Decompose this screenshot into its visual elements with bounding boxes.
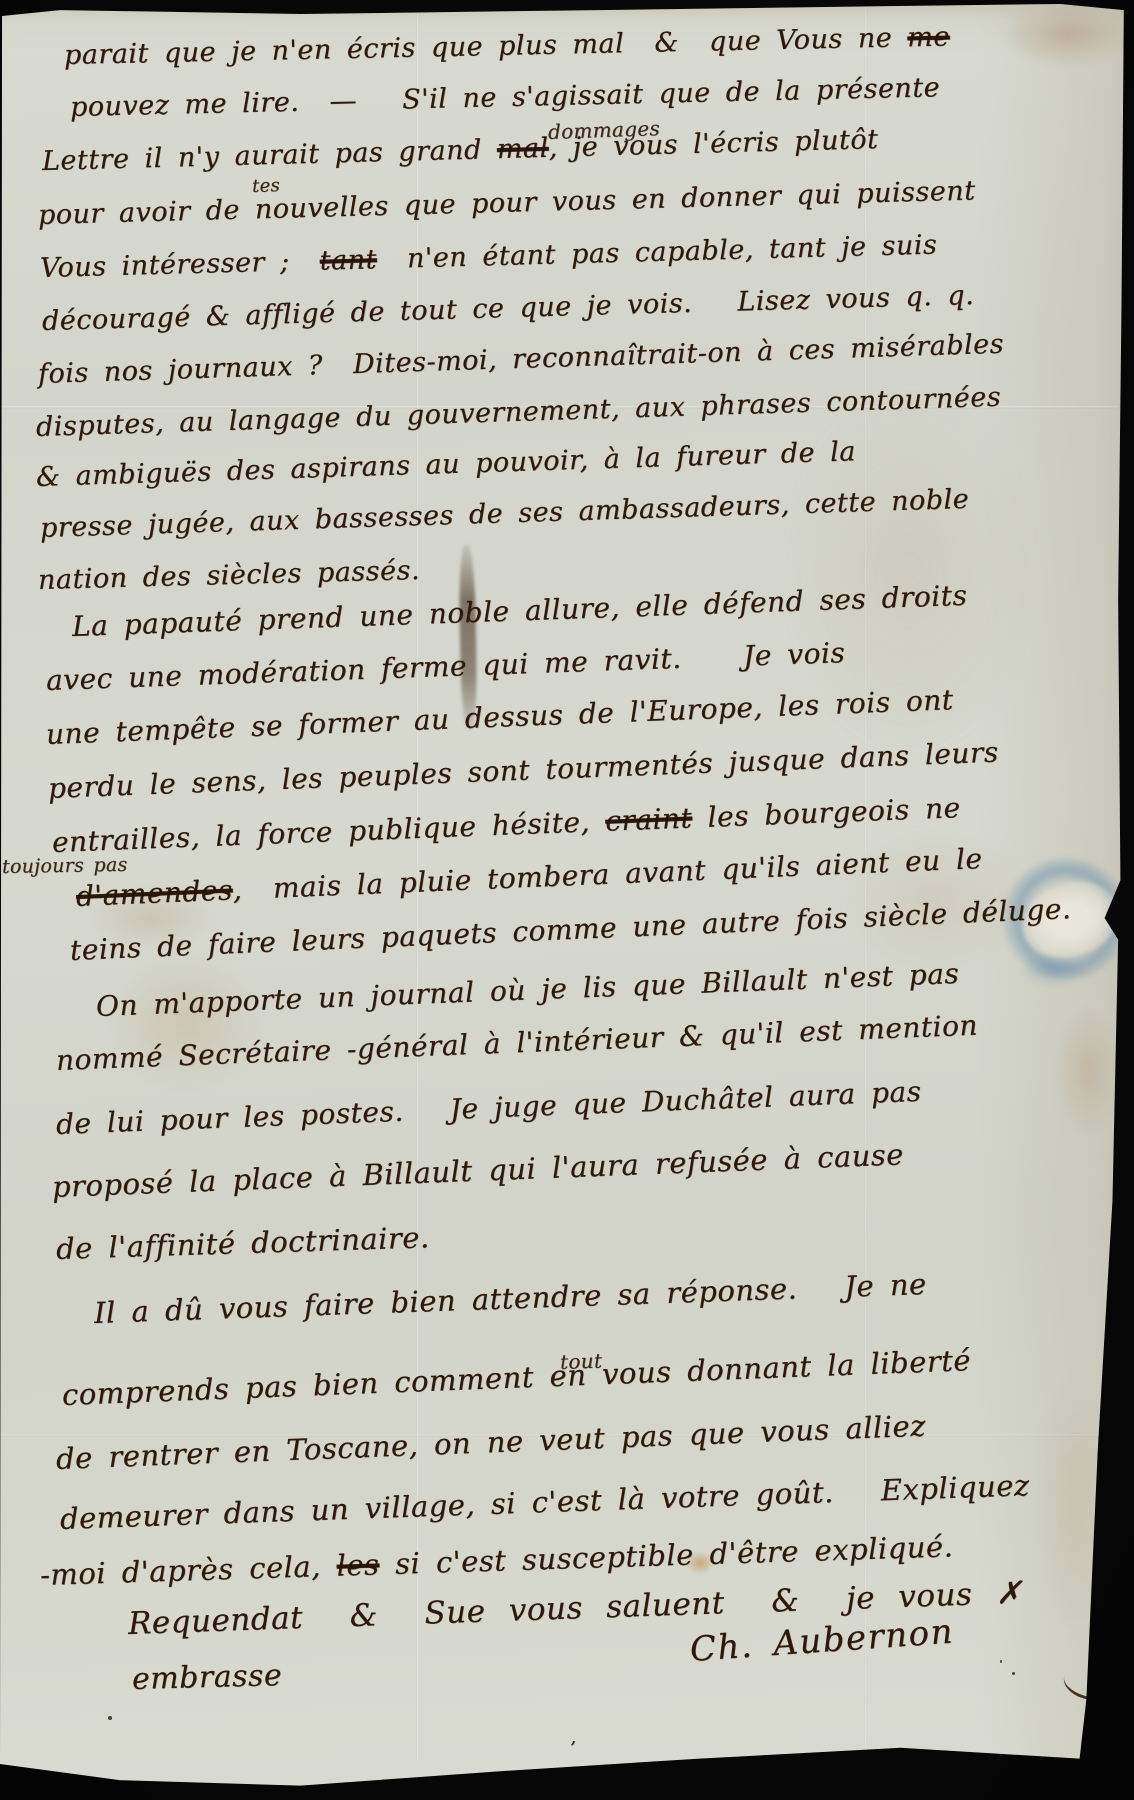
handwriting-line: pour avoir de nouvelles que pour vous en… xyxy=(38,175,976,231)
ink-speck xyxy=(1012,1672,1015,1675)
letter-page: parait que je n'en écris que plus mal & … xyxy=(0,0,1134,1800)
interline-insert: tout xyxy=(560,1349,603,1374)
handwriting-line: fois nos journaux ? Dites-moi, reconnaît… xyxy=(38,329,1005,390)
postmark-smudge xyxy=(1018,952,1088,988)
handwriting-line: découragé & affligé de tout ce que je vo… xyxy=(42,280,975,337)
margin-insert: toujours pas xyxy=(2,854,128,878)
interline-insert: dommages xyxy=(548,116,661,144)
handwriting-line: presse jugée, aux bassesses de ses ambas… xyxy=(40,484,970,544)
aging-stain xyxy=(1036,1376,1112,1626)
handwriting-line: On m'apporte un journal où je lis que Bi… xyxy=(95,957,959,1023)
handwriting-line: une tempête se former au dessus de l'Eur… xyxy=(45,683,954,751)
signature-flourish xyxy=(1060,1656,1128,1710)
closing-word: embrasse xyxy=(132,1658,283,1697)
ink-speck xyxy=(108,1716,112,1720)
handwriting-line: proposé la place à Billault qui l'aura r… xyxy=(51,1137,904,1204)
handwriting-line: de l'affinité doctrinaire. xyxy=(55,1220,430,1266)
aging-stain xyxy=(1006,2,1130,66)
aging-stain xyxy=(1056,1006,1120,1136)
handwriting-line: de rentrer en Toscane, on ne veut pas qu… xyxy=(55,1409,926,1476)
handwriting-line: & ambiguës des aspirans au pouvoir, à la… xyxy=(36,436,857,493)
handwriting-line: Lettre il n'y aurait pas grand mal, je v… xyxy=(42,124,879,177)
ink-speck xyxy=(1000,1660,1002,1663)
handwriting-line: parait que je n'en écris que plus mal & … xyxy=(64,21,950,71)
interline-insert: tes xyxy=(252,175,281,197)
handwriting-line: Vous intéresser ; tant n'en étant pas ca… xyxy=(40,230,938,284)
handwriting-line: demeurer dans un village, si c'est là vo… xyxy=(59,1468,1030,1536)
handwriting-line: de lui pour les postes. Je juge que Duch… xyxy=(55,1075,922,1141)
scan-background: parait que je n'en écris que plus mal & … xyxy=(0,0,1134,1800)
handwriting-line: Il a dû vous faire bien attendre sa répo… xyxy=(93,1267,927,1330)
handwriting-line: nation des siècles passés. xyxy=(38,555,421,596)
handwriting-line: comprends pas bien comment en vous donna… xyxy=(61,1343,971,1412)
handwriting-line: avec une modération ferme qui me ravit. … xyxy=(45,636,845,697)
ink-mark: ’ xyxy=(570,1738,576,1759)
handwriting-line: disputes, au langage du gouvernement, au… xyxy=(36,382,1002,443)
handwriting-line: pouvez me lire. — S'il ne s'agissait que… xyxy=(70,72,941,123)
